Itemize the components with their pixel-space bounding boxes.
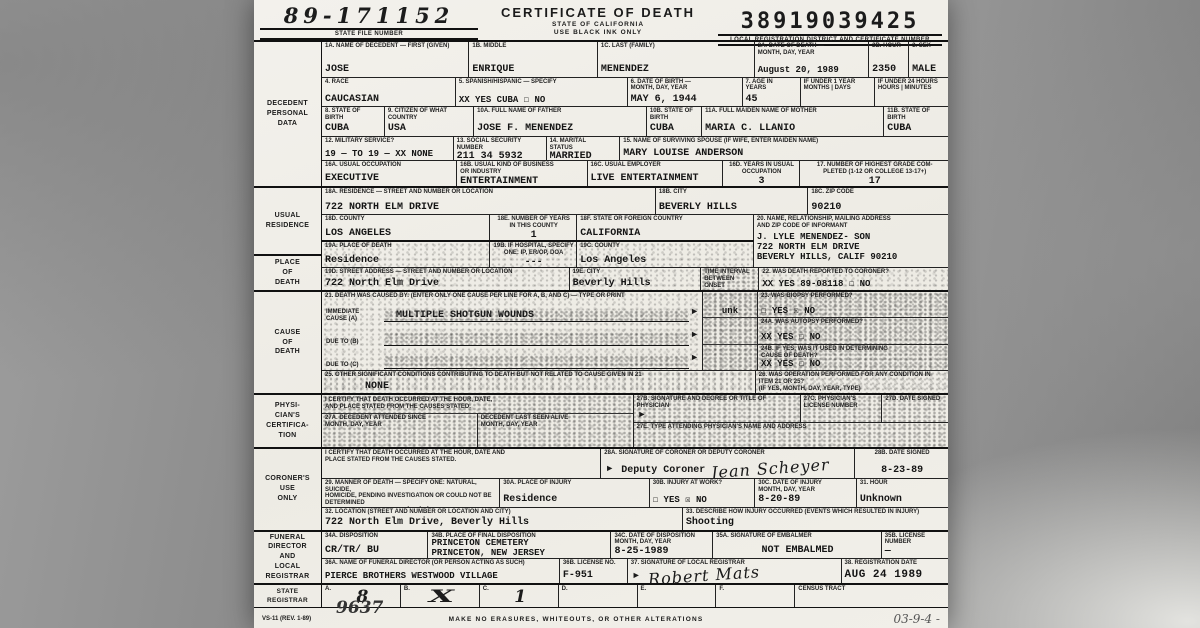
- field-7-under24hr: IF UNDER 24 HOURS HOURS | MINUTES: [875, 78, 948, 107]
- field-27b-label: 27B. SIGNATURE AND DEGREE OR TITLE OF PH…: [637, 396, 798, 410]
- field-11a: 11A. FULL MAIDEN NAME OF MOTHERMARIA C. …: [702, 107, 884, 136]
- field-8-label: 8. STATE OF BIRTH: [325, 108, 382, 122]
- field-36a-value: PIERCE BROTHERS WESTWOOD VILLAGE: [325, 571, 557, 582]
- field-18a-value: 722 NORTH ELM DRIVE: [325, 202, 653, 215]
- cause-a-label: IMMEDIATE CAUSE (A): [326, 309, 384, 322]
- field-30b-label: 30B. INJURY AT WORK?: [653, 480, 753, 487]
- section-label-residence: USUAL RESIDENCE: [254, 188, 321, 256]
- field-11b-label: 11B. STATE OF BIRTH: [887, 108, 946, 122]
- field-9-value: USA: [388, 123, 471, 136]
- field-interval-header: TIME INTERVAL BETWEEN ONSET AND DEATH: [701, 268, 759, 290]
- field-16c: 16C. USUAL EMPLOYERLIVE ENTERTAINMENT: [588, 161, 723, 186]
- field-8: 8. STATE OF BIRTHCUBA: [322, 107, 385, 136]
- field-15: 15. NAME OF SURVIVING SPOUSE (IF WIFE, E…: [620, 137, 948, 161]
- cause-a-arrow-icon: ►: [689, 307, 700, 316]
- state-box-a-label: A.: [325, 586, 331, 593]
- field-13: 13. SOCIAL SECURITY NUMBER211 34 5932: [454, 137, 547, 161]
- title-block: CERTIFICATE OF DEATH STATE OF CALIFORNIA…: [478, 2, 718, 40]
- field-18f-value: CALIFORNIA: [580, 228, 751, 241]
- field-2b-label: 2B. HOUR: [872, 43, 906, 50]
- field-16a: 16A. USUAL OCCUPATIONEXECUTIVE: [322, 161, 457, 186]
- field-18c-value: 90210: [811, 202, 946, 215]
- field-3-value: MALE: [912, 64, 946, 77]
- field-7-under1yr-value: [804, 105, 872, 106]
- interval-b-value: [703, 317, 757, 343]
- state-box-d-label: D.: [562, 586, 568, 593]
- coroner-signature-arrow-icon: ►: [604, 464, 615, 473]
- cause-c-label: DUE TO (C): [326, 362, 384, 369]
- field-24a-label: 24A. WAS AUTOPSY PERFORMED?: [761, 319, 946, 326]
- field-30a-value: Residence: [503, 494, 647, 507]
- field-34a-value: CR/TR/ BU: [325, 545, 425, 558]
- field-11a-label: 11A. FULL MAIDEN NAME OF MOTHER: [705, 108, 881, 115]
- field-16b-value: ENTERTAINMENT: [460, 176, 584, 186]
- field-28b-label: 28B. DATE SIGNED: [858, 450, 946, 457]
- field-8-value: CUBA: [325, 123, 382, 136]
- field-9: 9. CITIZEN OF WHAT COUNTRYUSA: [385, 107, 474, 136]
- field-9-label: 9. CITIZEN OF WHAT COUNTRY: [388, 108, 471, 122]
- footer-handwriting: 03-9-4 -: [893, 612, 940, 626]
- field-3-label: 3. SEX: [912, 43, 946, 50]
- section-label-coroner: CORONER'S USE ONLY: [254, 449, 322, 530]
- field-36b-value: F-951: [563, 570, 625, 583]
- interval-c-value: [703, 344, 757, 370]
- field-17-value: 17: [803, 176, 946, 186]
- cert-number-block: 38919039425 LOCAL REGISTRATION DISTRICT …: [718, 2, 942, 40]
- field-34a-label: 34A. DISPOSITION: [325, 533, 425, 540]
- coroner-certify-text: I CERTIFY THAT DEATH OCCURRED AT THE HOU…: [325, 450, 598, 464]
- field-18c: 18C. ZIP CODE90210: [808, 188, 948, 214]
- field-36b: 36B. LICENSE NO.F-951: [560, 559, 628, 583]
- field-25-value: NONE: [325, 381, 753, 394]
- field-35b-label: 35B. LICENSE NUMBER: [885, 533, 946, 547]
- field-29-label: 29. MANNER OF DEATH — SPECIFY ONE: NATUR…: [325, 480, 497, 507]
- field-7: 7. AGE IN YEARS45: [743, 78, 801, 107]
- field-32: 32. LOCATION (STREET AND NUMBER OR LOCAT…: [322, 508, 683, 530]
- state-box-f: F.: [716, 585, 795, 607]
- field-20-label: 20. NAME, RELATIONSHIP, MAILING ADDRESS …: [757, 216, 946, 230]
- field-17-label: 17. NUMBER OF HIGHEST GRADE COM- PLETED …: [803, 162, 946, 176]
- field-38-value: AUG 24 1989: [845, 569, 946, 583]
- field-7-label: 7. AGE IN YEARS: [746, 79, 798, 93]
- field-12-value: 19 — TO 19 — XX NONE: [325, 149, 451, 160]
- field-24a: 24A. WAS AUTOPSY PERFORMED?XX YES ☐ NO: [758, 318, 948, 344]
- field-28a: 28A. SIGNATURE OF CORONER OR DEPUTY CORO…: [601, 449, 855, 478]
- field-27c: 27C. PHYSICIAN'S LICENSE NUMBER: [801, 395, 883, 422]
- field-18d: 18D. COUNTYLOS ANGELES: [322, 215, 490, 240]
- field-14: 14. MARITAL STATUSMARRIED: [547, 137, 621, 161]
- state-box-a-note: 9637: [336, 600, 383, 617]
- field-1b-value: ENRIQUE: [472, 64, 595, 77]
- field-31-label: 31. HOUR: [860, 480, 946, 487]
- field-35a-label: 35A. SIGNATURE OF EMBALMER: [716, 533, 879, 540]
- field-18f: 18F. STATE OR FOREIGN COUNTRYCALIFORNIA: [577, 215, 754, 240]
- field-19b: 19B. IF HOSPITAL, SPECIFY ONE: IP, ER/OP…: [490, 242, 577, 267]
- field-30c-value: 8-20-89: [758, 494, 854, 507]
- field-19c-label: 19C. COUNTY: [580, 243, 751, 250]
- cause-line-b: DUE TO (B) ►: [322, 323, 702, 346]
- field-18a-label: 18A. RESIDENCE — STREET AND NUMBER OR LO…: [325, 189, 653, 196]
- state-box-f-label: F.: [719, 586, 724, 593]
- field-1c-label: 1C. LAST (FAMILY): [601, 43, 752, 50]
- field-14-value: MARRIED: [550, 151, 618, 160]
- field-2a-label: 2A. DATE OF DEATH — MONTH, DAY, YEAR: [758, 43, 866, 57]
- field-4-value: CAUCASIAN: [325, 94, 453, 107]
- field-13-label: 13. SOCIAL SECURITY NUMBER: [457, 138, 544, 152]
- field-18b-label: 18B. CITY: [659, 189, 805, 196]
- field-38: 38. REGISTRATION DATEAUG 24 1989: [842, 559, 948, 583]
- field-30a-label: 30A. PLACE OF INJURY: [503, 480, 647, 487]
- field-35b: 35B. LICENSE NUMBER—: [882, 532, 948, 558]
- field-1a-label: 1A. NAME OF DECEDENT — FIRST (GIVEN): [325, 43, 466, 50]
- state-box-c: C.1: [480, 585, 559, 607]
- interval-a-value: unk: [722, 306, 738, 317]
- field-2b-value: 2350: [872, 64, 906, 77]
- field-34b-value: PRINCETON CEMETERY PRINCETON, NEW JERSEY: [431, 539, 608, 557]
- section-label-funeral: FUNERAL DIRECTOR AND LOCAL REGISTRAR: [254, 532, 322, 583]
- field-18e-value: 1: [493, 230, 574, 240]
- coroner-certify-cell: I CERTIFY THAT DEATH OCCURRED AT THE HOU…: [322, 449, 601, 478]
- field-7-under24hr-label: IF UNDER 24 HOURS HOURS | MINUTES: [878, 79, 946, 93]
- field-30b-value: ☐ YES ☒ NO: [653, 495, 753, 506]
- section-cause: CAUSE OF DEATH 21. DEATH WAS CAUSED BY: …: [254, 292, 948, 395]
- cause-b-label: DUE TO (B): [326, 339, 384, 346]
- field-19a: 19A. PLACE OF DEATHResidence: [322, 242, 490, 267]
- field-1b-label: 1B. MIDDLE: [472, 43, 595, 50]
- field-7-under1yr: IF UNDER 1 YEAR MONTHS | DAYS: [801, 78, 875, 107]
- field-14-label: 14. MARITAL STATUS: [550, 138, 618, 152]
- field-37: 37. SIGNATURE OF LOCAL REGISTRAR ► Rober…: [628, 559, 842, 583]
- state-box-census-label: CENSUS TRACT: [798, 586, 845, 593]
- section-funeral: FUNERAL DIRECTOR AND LOCAL REGISTRAR 34A…: [254, 532, 948, 585]
- field-10b-label: 10B. STATE OF BIRTH: [650, 108, 699, 122]
- field-18d-label: 18D. COUNTY: [325, 216, 487, 223]
- field-36a: 36A. NAME OF FUNERAL DIRECTOR (OR PERSON…: [322, 559, 560, 583]
- field-16b: 16B. USUAL KIND OF BUSINESS OR INDUSTRYE…: [457, 161, 587, 186]
- field-26: 26. WAS OPERATION PERFORMED FOR ANY COND…: [756, 371, 948, 393]
- field-26-label: 26. WAS OPERATION PERFORMED FOR ANY COND…: [759, 372, 946, 393]
- field-34c-value: 8-25-1989: [614, 546, 710, 557]
- field-18c-label: 18C. ZIP CODE: [811, 189, 946, 196]
- field-16d-label: 16D. YEARS IN USUAL OCCUPATION: [726, 162, 798, 176]
- field-10a: 10A. FULL NAME OF FATHERJOSE F. MENENDEZ: [474, 107, 647, 136]
- field-27a2: DECEDENT LAST SEEN ALIVE MONTH, DAY, YEA…: [478, 414, 633, 447]
- field-20-informant: 20. NAME, RELATIONSHIP, MAILING ADDRESS …: [754, 215, 948, 267]
- field-27d-label: 27D. DATE SIGNED: [885, 396, 946, 403]
- field-15-value: MARY LOUISE ANDERSON: [623, 148, 946, 161]
- field-1c: 1C. LAST (FAMILY)MENENDEZ: [598, 42, 755, 77]
- field-5-label: 5. SPANISH/HISPANIC — SPECIFY: [459, 79, 625, 86]
- field-34c-label: 34C. DATE OF DISPOSITION MONTH, DAY, YEA…: [614, 533, 710, 547]
- field-11b-value: CUBA: [887, 123, 946, 136]
- field-6-value: MAY 6, 1944: [631, 94, 740, 107]
- field-2a: 2A. DATE OF DEATH — MONTH, DAY, YEARAugu…: [755, 42, 869, 77]
- field-1c-value: MENENDEZ: [601, 64, 752, 77]
- field-1a: 1A. NAME OF DECEDENT — FIRST (GIVEN)JOSE: [322, 42, 469, 77]
- field-11a-value: MARIA C. LLANIO: [705, 123, 881, 136]
- field-19a-value: Residence: [325, 255, 487, 268]
- field-19e-label: 19E. CITY: [573, 269, 699, 276]
- death-certificate-document: 89-171152 STATE FILE NUMBER CERTIFICATE …: [254, 0, 948, 628]
- field-10a-label: 10A. FULL NAME OF FATHER: [477, 108, 644, 115]
- cause-b-arrow-icon: ►: [689, 330, 700, 339]
- state-box-e-label: E.: [641, 586, 647, 593]
- coroner-signature: Jean Scheyer: [711, 455, 831, 478]
- field-7-under24hr-value: [878, 105, 946, 106]
- field-27e-label: 27E. TYPE ATTENDING PHYSICIAN'S NAME AND…: [637, 424, 947, 431]
- field-24b: 24B. IF YES, WAS IT USED IN DETERMINING …: [758, 345, 948, 370]
- field-25: 25. OTHER SIGNIFICANT CONDITIONS CONTRIB…: [322, 371, 756, 393]
- field-33-label: 33. DESCRIBE HOW INJURY OCCURRED (EVENTS…: [686, 509, 946, 516]
- field-7-under1yr-label: IF UNDER 1 YEAR MONTHS | DAYS: [804, 79, 872, 93]
- field-33: 33. DESCRIBE HOW INJURY OCCURRED (EVENTS…: [683, 508, 948, 530]
- field-15-label: 15. NAME OF SURVIVING SPOUSE (IF WIFE, E…: [623, 138, 946, 145]
- field-3: 3. SEXMALE: [909, 42, 948, 77]
- state-box-b: B.X: [401, 585, 480, 607]
- form-header: 89-171152 STATE FILE NUMBER CERTIFICATE …: [254, 0, 948, 40]
- field-19b-value: ---: [493, 257, 574, 267]
- field-19c: 19C. COUNTYLos Angeles: [577, 242, 754, 267]
- field-22: 22. WAS DEATH REPORTED TO CORONER?XX YES…: [759, 268, 948, 290]
- field-28b: 28B. DATE SIGNED8-23-89: [855, 449, 948, 478]
- field-20-value: J. LYLE MENENDEZ- SON 722 NORTH ELM DRIV…: [757, 232, 946, 264]
- section-decedent: DECEDENT PERSONAL DATA 1A. NAME OF DECED…: [254, 42, 948, 188]
- section-residence-place: USUAL RESIDENCE PLACE OF DEATH 18A. RESI…: [254, 188, 948, 292]
- field-30a: 30A. PLACE OF INJURYResidence: [500, 479, 650, 507]
- field-19b-label: 19B. IF HOSPITAL, SPECIFY ONE: IP, ER/OP…: [493, 243, 574, 257]
- page-title: CERTIFICATE OF DEATH: [478, 5, 718, 20]
- field-5-value: XX YES CUBA ☐ NO: [459, 95, 625, 106]
- registrar-signature-arrow-icon: ►: [631, 571, 642, 580]
- field-30c: 30C. DATE OF INJURY MONTH, DAY, YEAR8-20…: [755, 479, 857, 507]
- title-sub1: STATE OF CALIFORNIA: [478, 21, 718, 28]
- state-file-label: STATE FILE NUMBER: [260, 30, 478, 40]
- field-28b-value: 8-23-89: [858, 465, 946, 478]
- field-19d-label: 19D. STREET ADDRESS — STREET AND NUMBER …: [325, 269, 567, 276]
- field-32-label: 32. LOCATION (STREET AND NUMBER OR LOCAT…: [325, 509, 680, 516]
- certificate-number: 38919039425: [718, 8, 942, 36]
- state-box-census: CENSUS TRACT: [795, 585, 948, 607]
- field-27a-label: 27A. DECEDENT ATTENDED SINCE MONTH, DAY,…: [325, 415, 475, 429]
- field-22-value: XX YES 89-08118 ☐ NO: [762, 279, 946, 290]
- field-34a: 34A. DISPOSITIONCR/TR/ BU: [322, 532, 428, 558]
- field-23-label: 23. WAS BIOPSY PERFORMED?: [761, 293, 946, 300]
- field-19a-label: 19A. PLACE OF DEATH: [325, 243, 487, 250]
- field-30b: 30B. INJURY AT WORK?☐ YES ☒ NO: [650, 479, 756, 507]
- alterations-notice: MAKE NO ERASURES, WHITEOUTS, OR OTHER AL…: [432, 616, 720, 623]
- field-16c-value: LIVE ENTERTAINMENT: [591, 173, 720, 186]
- field-23-value: ☐ YES ☒ NO: [761, 306, 946, 317]
- field-17: 17. NUMBER OF HIGHEST GRADE COM- PLETED …: [800, 161, 948, 186]
- field-27a2-label: DECEDENT LAST SEEN ALIVE MONTH, DAY, YEA…: [481, 415, 631, 429]
- field-32-value: 722 North Elm Drive, Beverly Hills: [325, 517, 680, 530]
- field-34b: 34B. PLACE OF FINAL DISPOSITIONPRINCETON…: [428, 532, 611, 558]
- field-23: 23. WAS BIOPSY PERFORMED?☐ YES ☒ NO: [758, 292, 948, 318]
- section-physician: PHYSI- CIAN'S CERTIFICA- TION I CERTIFY …: [254, 395, 948, 449]
- field-1b: 1B. MIDDLEENRIQUE: [469, 42, 598, 77]
- field-2b: 2B. HOUR2350: [869, 42, 909, 77]
- field-2a-value: August 20, 1989: [758, 65, 866, 76]
- field-24b-label: 24B. IF YES, WAS IT USED IN DETERMINING …: [761, 346, 946, 360]
- field-18b-value: BEVERLY HILLS: [659, 202, 805, 215]
- field-7-value: 45: [746, 94, 798, 107]
- field-1a-value: JOSE: [325, 64, 466, 77]
- field-24b-value: XX YES ☐ NO: [761, 359, 946, 370]
- field-16a-value: EXECUTIVE: [325, 173, 454, 186]
- field-19d-value: 722 North Elm Drive: [325, 278, 567, 291]
- form-body: DECEDENT PERSONAL DATA 1A. NAME OF DECED…: [254, 40, 948, 628]
- field-12: 12. MILITARY SERVICE?19 — TO 19 — XX NON…: [322, 137, 454, 161]
- state-box-e: E.: [638, 585, 717, 607]
- field-11b: 11B. STATE OF BIRTHCUBA: [884, 107, 948, 136]
- registrar-signature: Robert Mats: [647, 563, 760, 583]
- field-10b-value: CUBA: [650, 123, 699, 136]
- field-12-label: 12. MILITARY SERVICE?: [325, 138, 451, 145]
- field-18e-label: 18E. NUMBER OF YEARS IN THIS COUNTY: [493, 216, 574, 230]
- cause-a-value: MULTIPLE SHOTGUN WOUNDS: [384, 310, 689, 321]
- field-31: 31. HOURUnknown: [857, 479, 948, 507]
- field-28a-typed: Deputy Coroner: [621, 465, 705, 478]
- field-38-label: 38. REGISTRATION DATE: [845, 560, 946, 567]
- field-36b-label: 36B. LICENSE NO.: [563, 560, 625, 567]
- field-29: 29. MANNER OF DEATH — SPECIFY ONE: NATUR…: [322, 479, 500, 507]
- physician-certify-text: I CERTIFY THAT DEATH OCCURRED AT THE HOU…: [322, 395, 633, 413]
- section-label-decedent: DECEDENT PERSONAL DATA: [254, 42, 322, 186]
- field-30c-label: 30C. DATE OF INJURY MONTH, DAY, YEAR: [758, 480, 854, 494]
- cause-c-arrow-icon: ►: [689, 353, 700, 362]
- field-19e-value: Beverly Hills: [573, 278, 699, 291]
- field-34c: 34C. DATE OF DISPOSITION MONTH, DAY, YEA…: [611, 532, 713, 558]
- field-18a: 18A. RESIDENCE — STREET AND NUMBER OR LO…: [322, 188, 656, 214]
- field-22-label: 22. WAS DEATH REPORTED TO CORONER?: [762, 269, 946, 276]
- state-box-c-value: 1: [483, 589, 558, 606]
- state-box-d: D.: [559, 585, 638, 607]
- field-16a-label: 16A. USUAL OCCUPATION: [325, 162, 454, 169]
- field-27d: 27D. DATE SIGNED: [882, 395, 948, 422]
- field-27c-label: 27C. PHYSICIAN'S LICENSE NUMBER: [804, 396, 880, 410]
- field-35b-value: —: [885, 546, 946, 557]
- field-25-label: 25. OTHER SIGNIFICANT CONDITIONS CONTRIB…: [325, 372, 753, 379]
- section-state-registrar: STATE REGISTRAR A.89637 B.X C.1 D. E. F.…: [254, 585, 948, 608]
- field-4: 4. RACECAUCASIAN: [322, 78, 456, 107]
- field-6-label: 6. DATE OF BIRTH — MONTH, DAY, YEAR: [631, 79, 740, 93]
- section-label-place: PLACE OF DEATH: [254, 256, 321, 290]
- field-16d: 16D. YEARS IN USUAL OCCUPATION3: [723, 161, 801, 186]
- field-19d: 19D. STREET ADDRESS — STREET AND NUMBER …: [322, 268, 570, 290]
- section-label-cause: CAUSE OF DEATH: [254, 292, 322, 393]
- section-coroner: CORONER'S USE ONLY I CERTIFY THAT DEATH …: [254, 449, 948, 532]
- field-6: 6. DATE OF BIRTH — MONTH, DAY, YEARMAY 6…: [628, 78, 743, 107]
- field-21-label: 21. DEATH WAS CAUSED BY: (ENTER ONLY ONE…: [322, 293, 702, 300]
- field-35a-value: NOT EMBALMED: [716, 545, 879, 558]
- field-35a: 35A. SIGNATURE OF EMBALMERNOT EMBALMED: [713, 532, 882, 558]
- field-18d-value: LOS ANGELES: [325, 228, 487, 241]
- field-27e: 27E. TYPE ATTENDING PHYSICIAN'S NAME AND…: [634, 423, 949, 447]
- field-16b-label: 16B. USUAL KIND OF BUSINESS OR INDUSTRY: [460, 162, 584, 176]
- physician-signature-arrow-icon: ►: [637, 410, 648, 419]
- cause-line-a: IMMEDIATE CAUSE (A) MULTIPLE SHOTGUN WOU…: [322, 300, 702, 323]
- field-36a-label: 36A. NAME OF FUNERAL DIRECTOR (OR PERSON…: [325, 560, 557, 567]
- field-interval-header-label: TIME INTERVAL BETWEEN ONSET AND DEATH: [704, 269, 756, 290]
- field-16d-value: 3: [726, 176, 798, 186]
- field-18b: 18B. CITYBEVERLY HILLS: [656, 188, 808, 214]
- state-file-number: 89-171152: [260, 2, 478, 30]
- field-19c-value: Los Angeles: [580, 255, 751, 268]
- field-27a: 27A. DECEDENT ATTENDED SINCE MONTH, DAY,…: [322, 414, 478, 447]
- field-19e: 19E. CITYBeverly Hills: [570, 268, 702, 290]
- field-33-value: Shooting: [686, 517, 946, 530]
- field-4-label: 4. RACE: [325, 79, 453, 86]
- section-label-physician: PHYSI- CIAN'S CERTIFICA- TION: [254, 395, 322, 447]
- field-13-value: 211 34 5932: [457, 151, 544, 160]
- field-5: 5. SPANISH/HISPANIC — SPECIFYXX YES CUBA…: [456, 78, 628, 107]
- section-label-state-registrar: STATE REGISTRAR: [254, 585, 322, 607]
- field-18f-label: 18F. STATE OR FOREIGN COUNTRY: [580, 216, 751, 223]
- field-18e: 18E. NUMBER OF YEARS IN THIS COUNTY1: [490, 215, 577, 240]
- field-16c-label: 16C. USUAL EMPLOYER: [591, 162, 720, 169]
- cause-line-c: DUE TO (C) ►: [322, 347, 702, 370]
- field-10a-value: JOSE F. MENENDEZ: [477, 123, 644, 136]
- title-sub2: USE BLACK INK ONLY: [478, 29, 718, 36]
- state-box-c-label: C.: [483, 586, 489, 593]
- field-24a-value: XX YES ☐ NO: [761, 332, 946, 343]
- field-27b: 27B. SIGNATURE AND DEGREE OR TITLE OF PH…: [634, 395, 801, 422]
- field-10b: 10B. STATE OF BIRTHCUBA: [647, 107, 702, 136]
- field-31-value: Unknown: [860, 494, 946, 507]
- state-file-block: 89-171152 STATE FILE NUMBER: [260, 2, 478, 40]
